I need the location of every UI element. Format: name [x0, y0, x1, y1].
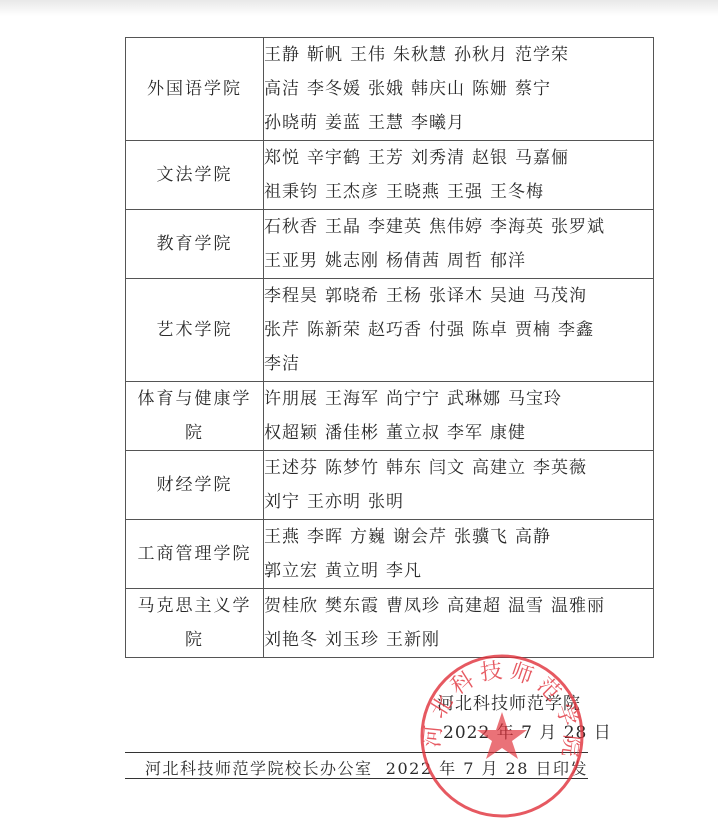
name-line: 高洁李冬媛张娥韩庆山陈姗蔡宁 — [264, 72, 653, 106]
person-name: 杨倩茜 — [386, 251, 440, 271]
person-name: 王芳 — [368, 148, 404, 168]
table-row: 体育与健康学院许朋展王海军尚宁宁武琳娜马宝玲权超颖潘佳彬董立叔李军康健 — [126, 382, 654, 451]
name-line: 石秋香王晶李建英焦伟婷李海英张罗斌 — [264, 210, 653, 244]
person-name: 曹凤珍 — [386, 596, 440, 616]
person-name: 李英薇 — [533, 458, 587, 478]
person-name: 张娥 — [368, 79, 404, 99]
person-name: 李晖 — [307, 527, 343, 547]
name-line: 许朋展王海军尚宁宁武琳娜马宝玲 — [264, 382, 653, 416]
person-name: 王燕 — [264, 527, 300, 547]
name-line: 权超颖潘佳彬董立叔李军康健 — [264, 416, 653, 450]
person-name: 陈梦竹 — [325, 458, 379, 478]
person-name: 韩庆山 — [411, 79, 465, 99]
person-name: 陈新荣 — [307, 320, 361, 340]
person-name: 尚宁宁 — [386, 389, 440, 409]
person-name: 方巍 — [350, 527, 386, 547]
person-name: 马茂洵 — [533, 286, 587, 306]
names-cell: 郑悦辛宇鹤王芳刘秀清赵银马嘉俪祖秉钧王杰彦王晓燕王强王冬梅 — [264, 141, 654, 210]
person-name: 张骥飞 — [454, 527, 508, 547]
roster-table-body: 外国语学院王静靳帆王伟朱秋慧孙秋月范学荣高洁李冬媛张娥韩庆山陈姗蔡宁孙晓萌姜蓝王… — [126, 38, 654, 658]
person-name: 王述芬 — [264, 458, 318, 478]
person-name: 康健 — [490, 423, 526, 443]
college-cell: 工商管理学院 — [126, 520, 264, 589]
person-name: 赵银 — [472, 148, 508, 168]
person-name: 张芹 — [264, 320, 300, 340]
college-name-line: 院 — [126, 416, 263, 450]
person-name: 许朋展 — [264, 389, 318, 409]
person-name: 李海英 — [490, 217, 544, 237]
person-name: 李鑫 — [558, 320, 594, 340]
person-name: 刘玉珍 — [325, 630, 379, 650]
person-name: 郭立宏 — [264, 561, 318, 581]
names-cell: 许朋展王海军尚宁宁武琳娜马宝玲权超颖潘佳彬董立叔李军康健 — [264, 382, 654, 451]
person-name: 李军 — [447, 423, 483, 443]
person-name: 李曦月 — [411, 113, 465, 133]
names-cell: 王燕李晖方巍谢会芹张骥飞高静郭立宏黄立明李凡 — [264, 520, 654, 589]
person-name: 张罗斌 — [551, 217, 605, 237]
table-row: 外国语学院王静靳帆王伟朱秋慧孙秋月范学荣高洁李冬媛张娥韩庆山陈姗蔡宁孙晓萌姜蓝王… — [126, 38, 654, 141]
person-name: 张明 — [368, 492, 404, 512]
person-name: 王亦明 — [307, 492, 361, 512]
names-cell: 王述芬陈梦竹韩东闫文高建立李英薇刘宁王亦明张明 — [264, 451, 654, 520]
person-name: 王伟 — [350, 45, 386, 65]
person-name: 刘宁 — [264, 492, 300, 512]
person-name: 辛宇鹤 — [307, 148, 361, 168]
name-line: 李洁 — [264, 347, 653, 381]
names-cell: 王静靳帆王伟朱秋慧孙秋月范学荣高洁李冬媛张娥韩庆山陈姗蔡宁孙晓萌姜蓝王慧李曦月 — [264, 38, 654, 141]
name-line: 张芹陈新荣赵巧香付强陈卓贾楠李鑫 — [264, 313, 653, 347]
person-name: 闫文 — [429, 458, 465, 478]
person-name: 刘秀清 — [411, 148, 465, 168]
person-name: 潘佳彬 — [325, 423, 379, 443]
person-name: 王新刚 — [386, 630, 440, 650]
signature-date: 2022 年 7 月 28 日 — [437, 719, 612, 748]
person-name: 李冬媛 — [307, 79, 361, 99]
college-name-line: 体育与健康学 — [126, 382, 263, 416]
names-cell: 李程昊郭晓希王杨张译木吴迪马茂洵张芹陈新荣赵巧香付强陈卓贾楠李鑫李洁 — [264, 279, 654, 382]
person-name: 朱秋慧 — [393, 45, 447, 65]
person-name: 王静 — [264, 45, 300, 65]
person-name: 谢会芹 — [393, 527, 447, 547]
person-name: 靳帆 — [307, 45, 343, 65]
person-name: 董立叔 — [386, 423, 440, 443]
person-name: 孙秋月 — [454, 45, 508, 65]
person-name: 王杰彦 — [325, 182, 379, 202]
person-name: 李洁 — [264, 354, 300, 374]
college-cell: 体育与健康学院 — [126, 382, 264, 451]
name-line: 王燕李晖方巍谢会芹张骥飞高静 — [264, 520, 653, 554]
name-line: 贺桂欣樊东霞曹凤珍高建超温雪温雅丽 — [264, 589, 653, 623]
table-row: 艺术学院李程昊郭晓希王杨张译木吴迪马茂洵张芹陈新荣赵巧香付强陈卓贾楠李鑫李洁 — [126, 279, 654, 382]
names-cell: 贺桂欣樊东霞曹凤珍高建超温雪温雅丽刘艳冬刘玉珍王新刚 — [264, 589, 654, 658]
footer-issued-date: 2022 年 7 月 28 日印发 — [386, 756, 588, 779]
name-line: 祖秉钧王杰彦王晓燕王强王冬梅 — [264, 175, 653, 209]
footer-top-rule — [125, 752, 588, 753]
person-name: 李凡 — [386, 561, 422, 581]
name-line: 王静靳帆王伟朱秋慧孙秋月范学荣 — [264, 38, 653, 72]
person-name: 樊东霞 — [325, 596, 379, 616]
person-name: 张译木 — [429, 286, 483, 306]
college-name-line: 院 — [126, 623, 263, 657]
person-name: 马宝玲 — [508, 389, 562, 409]
person-name: 周哲 — [447, 251, 483, 271]
name-line: 郑悦辛宇鹤王芳刘秀清赵银马嘉俪 — [264, 141, 653, 175]
person-name: 姚志刚 — [325, 251, 379, 271]
person-name: 陈姗 — [472, 79, 508, 99]
person-name: 王杨 — [386, 286, 422, 306]
person-name: 吴迪 — [490, 286, 526, 306]
name-line: 刘宁王亦明张明 — [264, 485, 653, 519]
name-line: 王述芬陈梦竹韩东闫文高建立李英薇 — [264, 451, 653, 485]
table-row: 文法学院郑悦辛宇鹤王芳刘秀清赵银马嘉俪祖秉钧王杰彦王晓燕王强王冬梅 — [126, 141, 654, 210]
person-name: 高建超 — [447, 596, 501, 616]
person-name: 王强 — [447, 182, 483, 202]
signature-organization: 河北科技师范学院 — [437, 690, 612, 719]
person-name: 韩东 — [386, 458, 422, 478]
college-cell: 教育学院 — [126, 210, 264, 279]
person-name: 王冬梅 — [490, 182, 544, 202]
name-line: 李程昊郭晓希王杨张译木吴迪马茂洵 — [264, 279, 653, 313]
person-name: 王亚男 — [264, 251, 318, 271]
person-name: 石秋香 — [264, 217, 318, 237]
person-name: 贺桂欣 — [264, 596, 318, 616]
person-name: 付强 — [429, 320, 465, 340]
person-name: 高静 — [515, 527, 551, 547]
person-name: 王海军 — [325, 389, 379, 409]
person-name: 高建立 — [472, 458, 526, 478]
person-name: 郭晓希 — [325, 286, 379, 306]
college-cell: 艺术学院 — [126, 279, 264, 382]
person-name: 权超颖 — [264, 423, 318, 443]
person-name: 赵巧香 — [368, 320, 422, 340]
person-name: 孙晓萌 — [264, 113, 318, 133]
person-name: 蔡宁 — [515, 79, 551, 99]
signature-block: 河北科技师范学院 2022 年 7 月 28 日 — [437, 690, 612, 748]
person-name: 焦伟婷 — [429, 217, 483, 237]
person-name: 李建英 — [368, 217, 422, 237]
college-cell: 财经学院 — [126, 451, 264, 520]
name-line: 刘艳冬刘玉珍王新刚 — [264, 623, 653, 657]
person-name: 李程昊 — [264, 286, 318, 306]
person-name: 黄立明 — [325, 561, 379, 581]
person-name: 贾楠 — [515, 320, 551, 340]
person-name: 武琳娜 — [447, 389, 501, 409]
document-footer: 河北科技师范学院校长办公室 2022 年 7 月 28 日印发 — [125, 756, 588, 778]
person-name: 郑悦 — [264, 148, 300, 168]
person-name: 姜蓝 — [325, 113, 361, 133]
person-name: 马嘉俪 — [515, 148, 569, 168]
footer-bottom-rule — [125, 778, 588, 779]
table-row: 财经学院王述芬陈梦竹韩东闫文高建立李英薇刘宁王亦明张明 — [126, 451, 654, 520]
person-name: 范学荣 — [515, 45, 569, 65]
person-name: 温雅丽 — [551, 596, 605, 616]
person-name: 王晶 — [325, 217, 361, 237]
person-name: 高洁 — [264, 79, 300, 99]
name-line: 郭立宏黄立明李凡 — [264, 554, 653, 588]
names-cell: 石秋香王晶李建英焦伟婷李海英张罗斌王亚男姚志刚杨倩茜周哲郁洋 — [264, 210, 654, 279]
college-cell: 文法学院 — [126, 141, 264, 210]
table-row: 工商管理学院王燕李晖方巍谢会芹张骥飞高静郭立宏黄立明李凡 — [126, 520, 654, 589]
person-name: 陈卓 — [472, 320, 508, 340]
roster-table: 外国语学院王静靳帆王伟朱秋慧孙秋月范学荣高洁李冬媛张娥韩庆山陈姗蔡宁孙晓萌姜蓝王… — [125, 37, 654, 658]
college-cell: 马克思主义学院 — [126, 589, 264, 658]
name-line: 孙晓萌姜蓝王慧李曦月 — [264, 106, 653, 140]
college-name-line: 马克思主义学 — [126, 589, 263, 623]
person-name: 刘艳冬 — [264, 630, 318, 650]
table-row: 教育学院石秋香王晶李建英焦伟婷李海英张罗斌王亚男姚志刚杨倩茜周哲郁洋 — [126, 210, 654, 279]
college-cell: 外国语学院 — [126, 38, 264, 141]
table-row: 马克思主义学院贺桂欣樊东霞曹凤珍高建超温雪温雅丽刘艳冬刘玉珍王新刚 — [126, 589, 654, 658]
person-name: 郁洋 — [490, 251, 526, 271]
person-name: 王晓燕 — [386, 182, 440, 202]
person-name: 祖秉钧 — [264, 182, 318, 202]
person-name: 王慧 — [368, 113, 404, 133]
scan-top-shadow — [0, 0, 718, 16]
footer-issuer: 河北科技师范学院校长办公室 — [145, 756, 373, 779]
person-name: 温雪 — [508, 596, 544, 616]
name-line: 王亚男姚志刚杨倩茜周哲郁洋 — [264, 244, 653, 278]
